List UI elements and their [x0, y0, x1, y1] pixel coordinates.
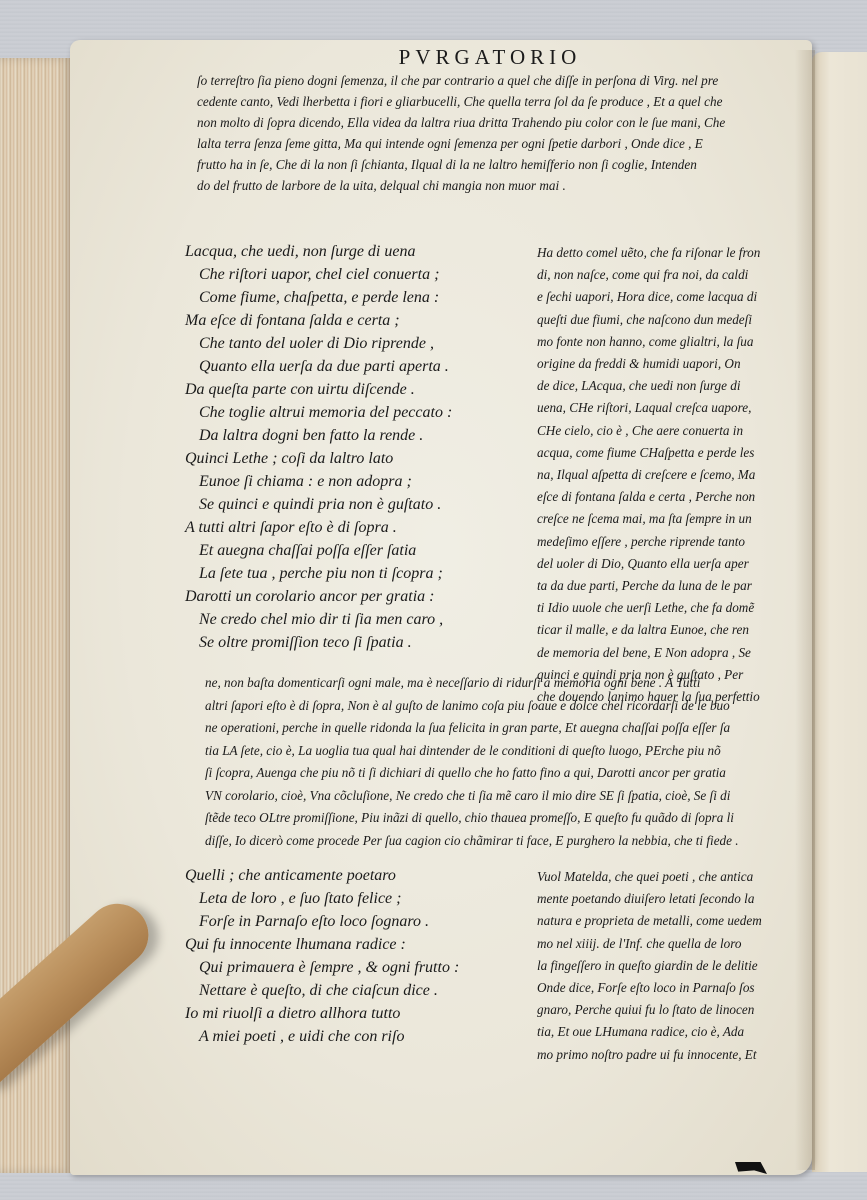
verse-line: Da queſta parte con uirtu diſcende . — [185, 378, 525, 401]
verse-line: Che tanto del uoler di Dio riprende , — [185, 332, 525, 355]
verse-block-1: Lacqua, che uedi, non ſurge di uena Che … — [185, 240, 525, 654]
gloss-line: tia, Et oue LHumana radice, cio è, Ada — [537, 1021, 812, 1043]
gloss-line: Ha detto comel uẽto, che fa riſonar le f… — [537, 242, 812, 264]
gloss-line: ticar il malle, e da laltra Eunoe, che r… — [537, 619, 812, 641]
commentary-line: lalta terra ſenza ſeme gitta, Ma qui int… — [197, 133, 797, 154]
verse-line: A miei poeti , e uidi che con riſo — [185, 1025, 525, 1048]
verse-line: Quelli ; che anticamente poetaro — [185, 864, 525, 887]
gloss-line: medeſimo eſſere , perche riprende tanto — [537, 531, 812, 553]
gloss-block-1: Ha detto comel uẽto, che fa riſonar le f… — [537, 242, 812, 708]
verse-line: Se quinci e quindi pria non è guſtato . — [185, 493, 525, 516]
commentary-line: ſi ſcopra, Auenga che piu nõ ti ſi dichi… — [205, 762, 805, 785]
gloss-line: mo fonte non hanno, come glialtri, la ſu… — [537, 331, 812, 353]
commentary-line: ne, non baſta domenticarſi ogni male, ma… — [205, 672, 805, 695]
gloss-line: ti Idio uuole che uerſi Lethe, che fa do… — [537, 597, 812, 619]
gloss-line: natura e proprieta de metalli, come uede… — [537, 910, 812, 932]
verse-line: Darotti un corolario ancor per gratia : — [185, 585, 525, 608]
gloss-line: la fingeſſero in queſto giardin de le de… — [537, 955, 812, 977]
gloss-line: del uoler di Dio, Quanto ella uerſa aper — [537, 553, 812, 575]
gloss-line: origine da freddi & humidi uapori, On — [537, 353, 812, 375]
verse-line: Et auegna chaſſai poſſa eſſer ſatia — [185, 539, 525, 562]
verse-line: Quinci Lethe ; coſi da laltro lato — [185, 447, 525, 470]
verse-line: Io mi riuolſi a dietro allhora tutto — [185, 1002, 525, 1025]
running-head: PVRGATORIO — [370, 45, 610, 70]
verse-line: Da laltra dogni ben fatto la rende . — [185, 424, 525, 447]
commentary-line: altri ſapori eſto è di ſopra, Non è al g… — [205, 695, 805, 718]
gloss-line: acqua, come fiume CHaſpetta e perde les — [537, 442, 812, 464]
verse-block-2: Quelli ; che anticamente poetaro Leta de… — [185, 864, 525, 1048]
commentary-line: non molto di ſopra dicendo, Ella videa d… — [197, 112, 797, 133]
gloss-line: gnaro, Perche quiui fu lo ſtato de linoc… — [537, 999, 812, 1021]
commentary-line: VN corolario, cioè, Vna cõcluſione, Ne c… — [205, 785, 805, 808]
verse-line: Se oltre promiſſion teco ſi ſpatia . — [185, 631, 525, 654]
gloss-line: uena, CHe riſtori, Laqual creſca uapore, — [537, 397, 812, 419]
verse-line: Qui primauera è ſempre , & ogni frutto : — [185, 956, 525, 979]
verse-line: Come fiume, chaſpetta, e perde lena : — [185, 286, 525, 309]
commentary-line: do del frutto de larbore de la uita, del… — [197, 175, 797, 196]
gloss-line: creſce ne ſcema mai, ma ſta ſempre in un — [537, 508, 812, 530]
commentary-line: ſtẽde teco OLtre promiſſione, Piu inãzi … — [205, 807, 805, 830]
gloss-line: eſce di fontana ſalda e certa , Perche n… — [537, 486, 812, 508]
verse-line: Ne credo chel mio dir ti ſia men caro , — [185, 608, 525, 631]
verse-line: Quanto ella uerſa da due parti aperta . — [185, 355, 525, 378]
gloss-line: CHe cielo, cio è , Che aere conuerta in — [537, 420, 812, 442]
commentary-line: frutto ha in ſe, Che di la non ſi ſchian… — [197, 154, 797, 175]
verse-line: Leta de loro , e ſuo ſtato felice ; — [185, 887, 525, 910]
facing-page-edge — [812, 52, 867, 1172]
gloss-line: queſti due fiumi, che naſcono dun medeſi — [537, 309, 812, 331]
verse-line: A tutti altri ſapor eſto è di ſopra . — [185, 516, 525, 539]
verse-line: Che riſtori uapor, chel ciel conuerta ; — [185, 263, 525, 286]
verse-line: Lacqua, che uedi, non ſurge di uena — [185, 240, 525, 263]
gloss-line: mo primo noſtro padre ui fu innocente, E… — [537, 1044, 812, 1066]
verse-line: Qui fu innocente lhumana radice : — [185, 933, 525, 956]
commentary-line: tia LA ſete, cio è, La uoglia tua qual h… — [205, 740, 805, 763]
verse-line: Ma eſce di fontana ſalda e certa ; — [185, 309, 525, 332]
gloss-line: de memoria del bene, E Non adopra , Se — [537, 642, 812, 664]
gloss-line: Onde dice, Forſe eſto loco in Parnaſo ſo… — [537, 977, 812, 999]
commentary-line: ſo terreſtro ſia pieno dogni ſemenza, il… — [197, 70, 797, 91]
gloss-line: e ſechi uapori, Hora dice, come lacqua d… — [537, 286, 812, 308]
verse-line: Forſe in Parnaſo eſto loco ſognaro . — [185, 910, 525, 933]
verse-line: Nettare è queſto, di che ciaſcun dice . — [185, 979, 525, 1002]
gloss-line: mo nel xiiij. de l'Inf. che quella de lo… — [537, 933, 812, 955]
commentary-line: ne operationi, perche in quelle ridonda … — [205, 717, 805, 740]
commentary-wide: ne, non baſta domenticarſi ogni male, ma… — [205, 672, 805, 852]
verse-line: Che toglie altrui memoria del peccato : — [185, 401, 525, 424]
commentary-top: ſo terreſtro ſia pieno dogni ſemenza, il… — [197, 70, 797, 196]
gloss-line: ta da due parti, Perche da luna de le pa… — [537, 575, 812, 597]
verse-line: La ſete tua , perche piu non ti ſcopra ; — [185, 562, 525, 585]
gloss-line: de dice, LAcqua, che uedi non ſurge di — [537, 375, 812, 397]
gloss-line: na, Ilqual aſpetta di creſcere e ſcemo, … — [537, 464, 812, 486]
commentary-line: diſſe, Io dicerò come procede Per ſua ca… — [205, 830, 805, 853]
gloss-line: Vuol Matelda, che quei poeti , che antic… — [537, 866, 812, 888]
commentary-line: cedente canto, Vedi lherbetta i fiori e … — [197, 91, 797, 112]
gloss-line: mente poetando diuiſero letati ſecondo l… — [537, 888, 812, 910]
gloss-block-2: Vuol Matelda, che quei poeti , che antic… — [537, 866, 812, 1066]
verse-line: Eunoe ſi chiama : e non adopra ; — [185, 470, 525, 493]
gloss-line: di, non naſce, come qui fra noi, da cald… — [537, 264, 812, 286]
